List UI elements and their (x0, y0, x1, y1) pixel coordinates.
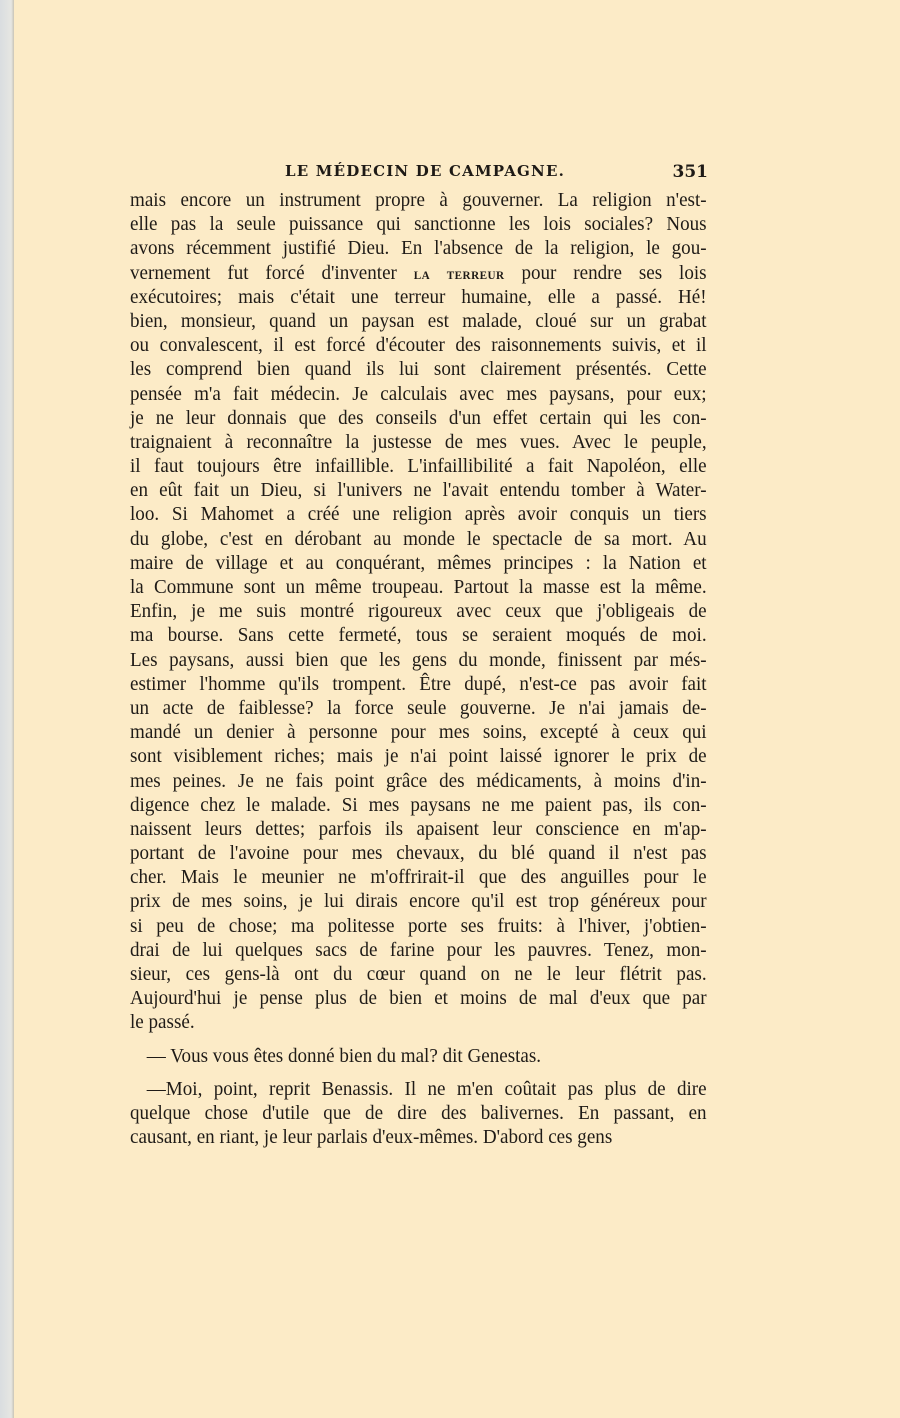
paragraph-dialogue-benassis: —Moi, point, reprit Benassis. Il ne m'en… (130, 1077, 707, 1150)
text-segment: vernement fut forcé d'inventer (130, 262, 414, 284)
text-line: vernement fut forcé d'inventer la terreu… (130, 261, 707, 285)
text-line: si peu de chose; ma politesse porte ses … (130, 914, 707, 938)
scan-edge (0, 0, 14, 1418)
text-line: Aujourd'hui je pense plus de bien et moi… (130, 986, 707, 1010)
text-line: maire de village et au conquérant, mêmes… (130, 551, 707, 575)
paragraph-monologue: mais encore un instrument propre à gouve… (130, 188, 707, 1035)
text-line: naissent leurs dettes; parfois ils apais… (130, 817, 707, 841)
text-line: je ne leur donnais que des conseils d'un… (130, 406, 707, 430)
text-segment: pour rendre ses lois (505, 262, 707, 284)
text-line: ou convalescent, il est forcé d'écouter … (130, 333, 707, 357)
running-title: LE MÉDECIN DE CAMPAGNE. (285, 162, 565, 180)
text-line: en eût fait un Dieu, si l'univers ne l'a… (130, 478, 707, 502)
page-number: 351 (673, 162, 709, 182)
text-line: Enfin, je me suis montré rigoureux avec … (130, 599, 707, 623)
text-line: Les paysans, aussi bien que les gens du … (130, 648, 707, 672)
text-line: —Moi, point, reprit Benassis. Il ne m'en… (130, 1077, 707, 1101)
text-line: digence chez le malade. Si mes paysans n… (130, 793, 707, 817)
text-line: prix de mes soins, je lui dirais encore … (130, 889, 707, 913)
text-line: les comprend bien quand ils lui sont cla… (130, 357, 707, 381)
text-line: la Commune sont un même troupeau. Partou… (130, 575, 707, 599)
small-caps-term: la terreur (414, 264, 505, 283)
text-line: mandé un denier à personne pour mes soin… (130, 720, 707, 744)
text-line: il faut toujours être infaillible. L'inf… (130, 454, 707, 478)
running-head: LE MÉDECIN DE CAMPAGNE. 351 (130, 160, 708, 184)
text-line: loo. Si Mahomet a créé une religion aprè… (130, 502, 707, 526)
text-line: le passé. (130, 1010, 707, 1034)
text-line: pensée m'a fait médecin. Je calculais av… (130, 382, 707, 406)
text-line: traignaient à reconnaître la justesse de… (130, 430, 707, 454)
text-line: quelque chose d'utile que de dire des ba… (130, 1101, 707, 1125)
text-line: mais encore un instrument propre à gouve… (130, 188, 707, 212)
text-line: du globe, c'est en dérobant au monde le … (130, 527, 707, 551)
text-line: exécutoires; mais c'était une terreur hu… (130, 285, 707, 309)
text-line: portant de l'avoine pour mes chevaux, du… (130, 841, 707, 865)
text-line: bien, monsieur, quand un paysan est mala… (130, 309, 707, 333)
paragraph-dialogue-genestas: — Vous vous êtes donné bien du mal? dit … (130, 1044, 707, 1068)
text-line: avons récemment justifié Dieu. En l'abse… (130, 236, 707, 260)
text-line: ma bourse. Sans cette fermeté, tous se s… (130, 623, 707, 647)
text-line: — Vous vous êtes donné bien du mal? dit … (130, 1044, 707, 1068)
text-line: causant, en riant, je leur parlais d'eux… (130, 1125, 707, 1149)
text-line: cher. Mais le meunier ne m'offrirait-il … (130, 865, 707, 889)
text-line: elle pas la seule puissance qui sanction… (130, 212, 707, 236)
text-line: sont visiblement riches; mais je n'ai po… (130, 744, 707, 768)
text-line: mes peines. Je ne fais point grâce des m… (130, 769, 707, 793)
text-line: estimer l'homme qu'ils trompent. Être du… (130, 672, 707, 696)
text-line: un acte de faiblesse? la force seule gou… (130, 696, 707, 720)
text-line: sieur, ces gens-là ont du cœur quand on … (130, 962, 707, 986)
text-line: drai de lui quelques sacs de farine pour… (130, 938, 707, 962)
body-text: mais encore un instrument propre à gouve… (130, 188, 707, 1149)
